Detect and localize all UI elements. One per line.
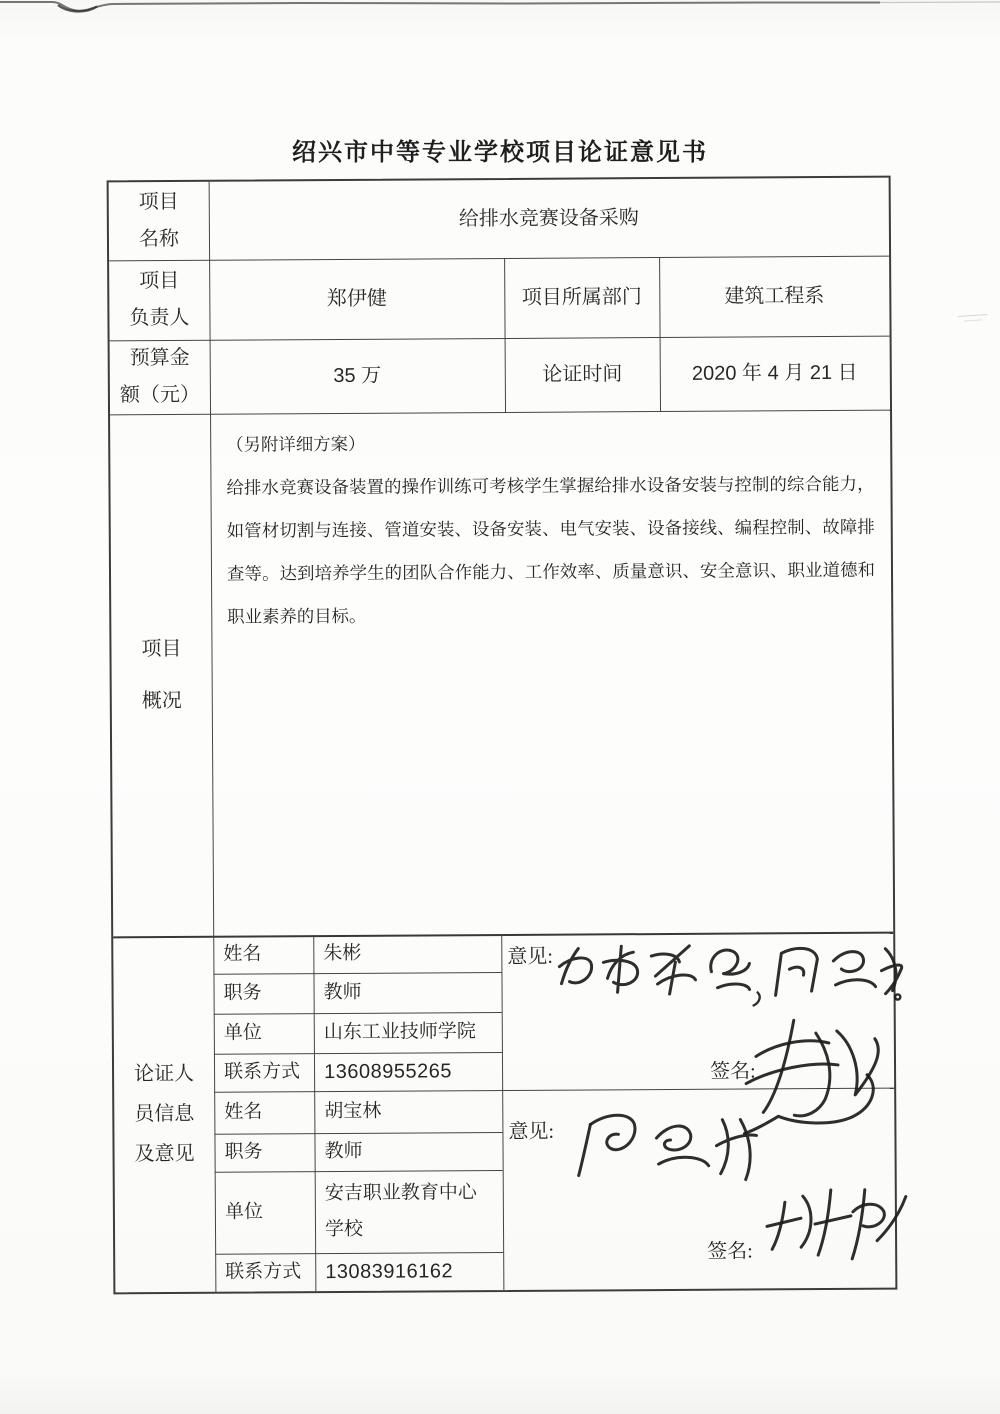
p2-title-label: 职务 (214, 1133, 314, 1172)
budget-value: 35 万 (210, 338, 505, 414)
p2-unit-value: 安吉职业教育中心 学校 (315, 1170, 485, 1253)
document-title: 绍兴市中等专业学校项目论证意见书 (0, 132, 1000, 167)
form-table: 项目 名称 给排水竞赛设备采购 项目 负责人 郑伊健 项目所属部门 建筑工程系 … (107, 176, 898, 1295)
budget-label: 预算金 额（元） (110, 340, 210, 415)
p1-contact-value: 13608955265 (314, 1052, 502, 1091)
p2-sign-label: 签名: (707, 1234, 753, 1263)
p1-name-value: 朱彬 (313, 934, 501, 973)
department-label: 项目所属部门 (504, 257, 659, 338)
p1-title-label: 职务 (213, 973, 313, 1014)
review-date-value: 2020 年 4 月 21 日 (660, 336, 890, 411)
p1-contact-label: 联系方式 (214, 1053, 314, 1092)
p1-handwritten-opinion (551, 930, 903, 1012)
p2-name-label: 姓名 (214, 1091, 314, 1134)
p2-opinion-label: 意见: (508, 1115, 554, 1144)
overview-label: 项目 概况 (110, 414, 213, 937)
p2-name-value: 胡宝林 (314, 1090, 502, 1133)
p2-contact-value: 13083916162 (315, 1252, 503, 1291)
project-leader-value: 郑伊健 (209, 258, 504, 340)
p2-handwritten-signature (757, 1178, 910, 1267)
project-name-value: 给排水竞赛设备采购 (209, 178, 889, 260)
overview-note: （另附详细方案） (226, 420, 874, 467)
department-value: 建筑工程系 (659, 256, 889, 337)
reviewers-section-label: 论证人 员信息 及意见 (113, 936, 215, 1293)
p2-unit-label: 单位 (215, 1171, 315, 1254)
review-date-label: 论证时间 (505, 337, 660, 412)
p1-name-label: 姓名 (213, 935, 313, 974)
p1-opinion-label: 意见: (507, 940, 553, 969)
project-name-label: 项目 名称 (109, 182, 209, 261)
p2-handwritten-opinion (572, 1096, 773, 1195)
p1-unit-label: 单位 (214, 1013, 314, 1054)
scan-smudge-artifact (958, 314, 989, 328)
p2-title-value: 教师 (314, 1132, 502, 1171)
p1-unit-value: 山东工业技师学院 (314, 1012, 502, 1053)
p1-title-value: 教师 (313, 972, 501, 1013)
overview-content: （另附详细方案） 给排水竞赛设备装置的操作训练可考核学生掌握给排水设备安装与控制… (210, 410, 893, 936)
overview-paragraph: 给排水竞赛设备装置的操作训练可考核学生掌握给排水设备安装与控制的综合能力，如管材… (226, 463, 875, 639)
project-leader-label: 项目 负责人 (109, 260, 209, 341)
p2-contact-label: 联系方式 (215, 1253, 315, 1292)
scan-edge-artifact (0, 0, 1000, 24)
